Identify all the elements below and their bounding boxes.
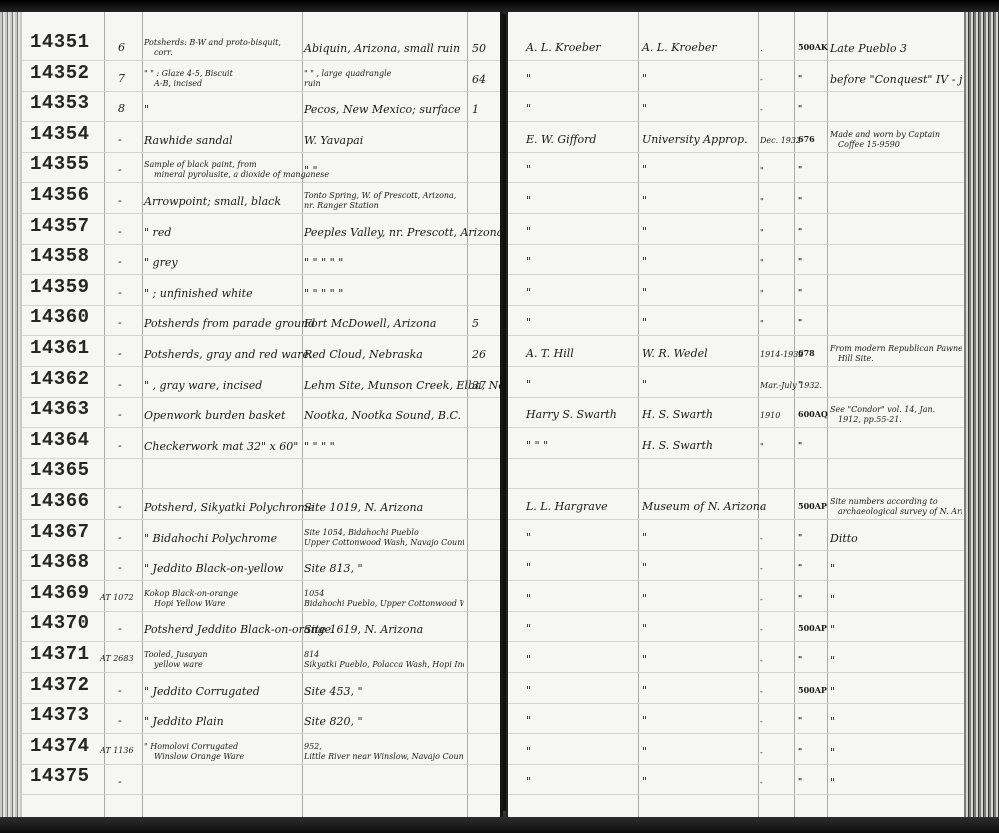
catalog-number: 14365 [30,464,90,476]
photo-number: 676 [798,135,815,144]
locality: " " " " " [304,257,343,269]
photo-number: " [798,74,802,83]
date: " [760,289,764,298]
ledger-row: 14362-" , gray ware, incisedLehm Site, M… [0,371,500,401]
ledger-row: """" [508,248,966,278]
ledger-row: ""-" [508,95,966,125]
remarks: " [830,686,835,698]
locality-cont: Bidahochi Pueblo, Upper Cottonwood Wash,… [304,599,464,608]
source: " [642,562,647,574]
photo-number: 678 [798,349,815,358]
accession-number: AT 1072 [100,593,134,602]
ledger-row: ""-"" [508,646,966,676]
date: 1910 [760,411,780,420]
remarks-cont: 1912, pp.55-21. [838,415,902,424]
source: A. L. Kroeber [642,42,717,54]
source: " [642,715,647,727]
ledger-row: ""-"" [508,585,966,615]
remarks: " [830,624,835,636]
ledger-row: """" [508,279,966,309]
collector: " [526,532,531,544]
catalog-number: 14354 [30,128,90,140]
source: " [642,256,647,268]
photo-number: " [798,441,802,450]
item-description: Arrowpoint; small, black [144,196,281,208]
source: " [642,287,647,299]
accession-number: 8 [118,103,125,115]
locality: Red Cloud, Nebraska [304,349,423,361]
catalog-number: 14366 [30,495,90,507]
source: H. S. Swarth [642,409,713,421]
photo-number: " [798,318,802,327]
date: " [760,258,764,267]
ledger-row [508,462,966,492]
date: - [760,625,763,634]
catalog-number: 14375 [30,770,90,782]
accession-number: - [118,685,122,697]
date: - [760,75,763,84]
remarks-cont: Coffee 15-9590 [838,140,900,149]
locality-cont: Little River near Winslow, Navajo County… [304,752,464,761]
date: - [760,534,763,543]
date: " [760,228,764,237]
source: Museum of N. Arizona [642,501,766,513]
accession-number: - [118,164,122,176]
item-description: Checkerwork mat 32" x 60" [144,441,298,453]
photo-number: " [798,747,802,756]
remarks: From modern Republican Pawnee [830,344,962,353]
accession-number: AT 1136 [100,746,134,755]
collector: " [526,195,531,207]
collector: " [526,317,531,329]
photo-number: " [798,655,802,664]
ledger-row: 143516Potsherds: B-W and proto-bisquit,c… [0,34,500,64]
ledger-row: 14365 [0,462,500,492]
date: . [760,44,763,53]
photo-number: 600AQ [798,410,828,419]
catalog-number: 14370 [30,617,90,629]
item-description-cont: Winslow Orange Ware [154,752,244,761]
source: " [642,73,647,85]
ledger-row: ""-500AP" [508,677,966,707]
accession-number: - [118,715,122,727]
collector: " [526,73,531,85]
remarks: Site numbers according to [830,497,938,506]
item-description: " " : Glaze 4-5, Biscuit [144,69,233,78]
collector: " [526,103,531,115]
collector: A. L. Kroeber [526,42,601,54]
collector: " [526,654,531,666]
ledger-row: 14370-Potsherd Jeddito Black-on-orange.S… [0,615,500,645]
source: University Approp. [642,134,748,146]
ledger-row: 14371AT 2683Tooled, Jusayanyellow ware81… [0,646,500,676]
locality-cont: Sikyatki Pueblo, Polacca Wash, Hopi Indi… [304,660,464,669]
accession-number: 7 [118,73,125,85]
collector: " [526,226,531,238]
item-description-cont: Hopi Yellow Ware [154,599,226,608]
source: " [642,164,647,176]
catalog-number: 14357 [30,220,90,232]
accession-number: - [118,256,122,268]
catalog-number: 14351 [30,36,90,48]
photo-number: " [798,380,802,389]
catalog-number: 14356 [30,189,90,201]
ledger-row: """" [508,218,966,248]
ledger-right-page: A. L. KroeberA. L. Kroeber.500AKLate Pue… [506,12,966,817]
ledger-row: """" [508,309,966,339]
item-description: " Homolovi Corrugated [144,742,238,751]
ledger-row: ""-"" [508,554,966,584]
ledger-row: ""-"" [508,707,966,737]
locality: " " " " " [304,288,343,300]
photo-number: " [798,716,802,725]
date: - [760,656,763,665]
accession-number: - [118,776,122,788]
locality: 1054 [304,589,324,598]
collector: " [526,593,531,605]
collector: " [526,379,531,391]
source: " [642,532,647,544]
remarks-cont: archaeological survey of N. Ariz. Museum… [838,507,962,516]
remarks: before "Conquest" IV - just [830,74,962,86]
item-count: 37 [472,380,486,392]
ledger-row: Harry S. SwarthH. S. Swarth1910600AQSee … [508,401,966,431]
accession-number: AT 2683 [100,654,134,663]
catalog-number: 14355 [30,158,90,170]
date: " [760,166,764,175]
item-description-cont: corr. [154,48,173,57]
catalog-number: 14372 [30,679,90,691]
accession-number: - [118,226,122,238]
ledger-row: 14375- [0,768,500,798]
ledger-row: 14355-Sample of black paint, frommineral… [0,156,500,186]
catalog-number: 14362 [30,373,90,385]
date: - [760,748,763,757]
accession-number: - [118,195,122,207]
locality: Pecos, New Mexico; surface [304,104,461,116]
locality: " " " " [304,441,335,453]
date: " [760,442,764,451]
catalog-number: 14363 [30,403,90,415]
ledger-row: 143538"Pecos, New Mexico; surface1 [0,95,500,125]
catalog-number: 14353 [30,97,90,109]
item-description: " Jeddito Corrugated [144,686,260,698]
ledger-row: 14357-" redPeeples Valley, nr. Prescott,… [0,218,500,248]
catalog-number: 14361 [30,342,90,354]
date: " [760,319,764,328]
item-description: " grey [144,257,178,269]
item-description: Openwork burden basket [144,410,285,422]
accession-number: - [118,623,122,635]
accession-number: - [118,348,122,360]
ledger-row: 14361-Potsherds, gray and red ware.Red C… [0,340,500,370]
locality-cont: ruin [304,79,321,88]
ledger-row: L. L. HargraveMuseum of N. Arizona-500AP… [508,493,966,523]
photo-number: 500AP [798,686,827,695]
ledger-row: 14360-Potsherds from parade groundFort M… [0,309,500,339]
item-description-cont: mineral pyrolusite, a dioxide of mangane… [154,170,329,179]
date: - [760,687,763,696]
source: " [642,379,647,391]
accession-number: - [118,134,122,146]
remarks: Made and worn by Captain [830,130,940,139]
item-description: Tooled, Jusayan [144,650,208,659]
ledger-row: 14368-" Jeddito Black-on-yellowSite 813,… [0,554,500,584]
photo-number: " [798,594,802,603]
ledger-row: 14363-Openwork burden basketNootka, Noot… [0,401,500,431]
photo-number: " [798,227,802,236]
item-description-cont: yellow ware [154,660,203,669]
remarks: " [830,594,835,606]
photo-number: " [798,563,802,572]
photo-number: " [798,533,802,542]
accession-number: 6 [118,42,125,54]
remarks: Ditto [830,533,858,545]
locality: Site 813, " [304,563,363,575]
ledger-row: 14359-" ; unfinished white" " " " " [0,279,500,309]
collector: " [526,287,531,299]
ledger-row: 14364-Checkerwork mat 32" x 60"" " " " [0,432,500,462]
source: " [642,776,647,788]
accession-number: - [118,501,122,513]
catalog-number: 14368 [30,556,90,568]
source: " [642,623,647,635]
ledger-row: 14367-" Bidahochi PolychromeSite 1054, B… [0,524,500,554]
remarks-cont: Hill Site. [838,354,874,363]
ledger-row: 143527" " : Glaze 4-5, BiscuitA-B, incis… [0,65,500,95]
ledger-row: E. W. GiffordUniversity Approp.Dec. 1932… [508,126,966,156]
catalog-number: 14360 [30,311,90,323]
ledger-row: 14354-Rawhide sandalW. Yavapai [0,126,500,156]
date: - [760,105,763,114]
photo-number: " [798,196,802,205]
ledger-row: 14374AT 1136" Homolovi CorrugatedWinslow… [0,738,500,768]
ledger-row: ""-"" [508,768,966,798]
source: H. S. Swarth [642,440,713,452]
locality: 952, [304,742,322,751]
date: Mar.-July 1932. [760,381,822,390]
catalog-number: 14374 [30,740,90,752]
collector: " [526,256,531,268]
ledger-row: 14366-Potsherd, Sikyatki PolychromeSite … [0,493,500,523]
catalog-number: 14367 [30,526,90,538]
locality: Site 453, " [304,686,363,698]
item-count: 50 [472,43,486,55]
ledger-row: 14356-Arrowpoint; small, blackTonto Spri… [0,187,500,217]
date: Dec. 1932 [760,136,801,145]
collector: " [526,776,531,788]
item-description: Potsherds from parade ground [144,318,315,330]
item-count: 64 [472,74,486,86]
photo-number: 500AP [798,502,827,511]
source: " [642,226,647,238]
locality: Abiquin, Arizona, small ruin [304,43,460,55]
ledger-row: ""-"before "Conquest" IV - just [508,65,966,95]
ledger-row: ""Mar.-July 1932." [508,371,966,401]
collector: " [526,562,531,574]
accession-number: - [118,440,122,452]
locality: Site 1054, Bidahochi Pueblo [304,528,419,537]
locality: " " [304,165,318,177]
ledger-row: ""-"" [508,738,966,768]
source: " [642,195,647,207]
ledger-row: """" [508,156,966,186]
catalog-number: 14358 [30,250,90,262]
collector: " " " [526,440,548,452]
locality: Peeples Valley, nr. Prescott, Arizona [304,227,503,239]
ledger-row: ""-500AP" [508,615,966,645]
accession-number: - [118,409,122,421]
locality: 814 [304,650,319,659]
catalog-number: 14371 [30,648,90,660]
source: " [642,746,647,758]
photo-number: 500AK [798,43,828,52]
item-description: Kokop Black-on-orange [144,589,238,598]
locality: " " , large quadrangle [304,69,391,78]
item-description: " Jeddito Plain [144,716,224,728]
photo-number: " [798,257,802,266]
page-edges-left [0,12,22,817]
remarks: Late Pueblo 3 [830,43,907,55]
photo-number: " [798,288,802,297]
date: - [760,717,763,726]
collector: " [526,746,531,758]
ledger-row: 14372-" Jeddito CorrugatedSite 453, " [0,677,500,707]
photo-number: 500AP [798,624,827,633]
source: " [642,593,647,605]
catalog-number: 14352 [30,67,90,79]
date: " [760,197,764,206]
accession-number: - [118,287,122,299]
remarks: See "Condor" vol. 14, Jan. [830,405,935,414]
remarks: " [830,777,835,789]
locality-cont: Upper Cottonwood Wash, Navajo County, Ar… [304,538,464,547]
photo-number: " [798,165,802,174]
source: " [642,654,647,666]
accession-number: - [118,317,122,329]
locality: Fort McDowell, Arizona [304,318,436,330]
date: - [760,595,763,604]
source: " [642,685,647,697]
item-description: Potsherd, Sikyatki Polychrome [144,502,315,514]
remarks: " [830,563,835,575]
collector: E. W. Gifford [526,134,596,146]
ledger-row: " " "H. S. Swarth"" [508,432,966,462]
locality: Site 820, " [304,716,363,728]
item-description: " red [144,227,171,239]
collector: " [526,164,531,176]
catalog-number: 14364 [30,434,90,446]
item-count: 5 [472,318,479,330]
source: " [642,317,647,329]
source: W. R. Wedel [642,348,708,360]
item-description: Rawhide sandal [144,135,233,147]
date: - [760,778,763,787]
accession-number: - [118,562,122,574]
catalog-number: 14373 [30,709,90,721]
accession-number: - [118,379,122,391]
item-count: 26 [472,349,486,361]
date: - [760,564,763,573]
catalog-number: 14359 [30,281,90,293]
remarks: " [830,716,835,728]
catalog-number: 14369 [30,587,90,599]
remarks: " [830,655,835,667]
ledger-row: 14373-" Jeddito PlainSite 820, " [0,707,500,737]
item-count: 1 [472,104,479,116]
collector: " [526,623,531,635]
ledger-row: A. L. KroeberA. L. Kroeber.500AKLate Pue… [508,34,966,64]
item-description: " , gray ware, incised [144,380,262,392]
item-description: " Jeddito Black-on-yellow [144,563,283,575]
collector: " [526,715,531,727]
collector: L. L. Hargrave [526,501,608,513]
item-description: " [144,104,149,116]
item-description: Potsherds, gray and red ware. [144,349,312,361]
ledger-left-page: 143516Potsherds: B-W and proto-bisquit,c… [0,12,503,817]
locality: Site 1619, N. Arizona [304,624,423,636]
locality: Nootka, Nootka Sound, B.C. [304,410,461,422]
ledger-row: 14358-" grey" " " " " [0,248,500,278]
date: - [760,503,763,512]
item-description: Potsherds: B-W and proto-bisquit, [144,38,281,47]
locality-cont: nr. Ranger Station [304,201,379,210]
item-description: " ; unfinished white [144,288,253,300]
page-edges-right [964,12,999,817]
remarks: " [830,747,835,759]
item-description: " Bidahochi Polychrome [144,533,277,545]
ledger-row: A. T. HillW. R. Wedel1914-1932678From mo… [508,340,966,370]
locality: W. Yavapai [304,135,363,147]
source: " [642,103,647,115]
item-description: Sample of black paint, from [144,160,257,169]
date: 1914-1932 [760,350,803,359]
accession-number: - [118,532,122,544]
photo-number: " [798,104,802,113]
collector: A. T. Hill [526,348,574,360]
locality: Tonto Spring, W. of Prescott, Arizona, [304,191,456,200]
ledger-row: 14369AT 1072Kokop Black-on-orangeHopi Ye… [0,585,500,615]
collector: " [526,685,531,697]
collector: Harry S. Swarth [526,409,617,421]
locality: Site 1019, N. Arizona [304,502,423,514]
item-description-cont: A-B, incised [154,79,202,88]
ledger-row: """" [508,187,966,217]
ledger-row: ""-"Ditto [508,524,966,554]
photo-number: " [798,777,802,786]
